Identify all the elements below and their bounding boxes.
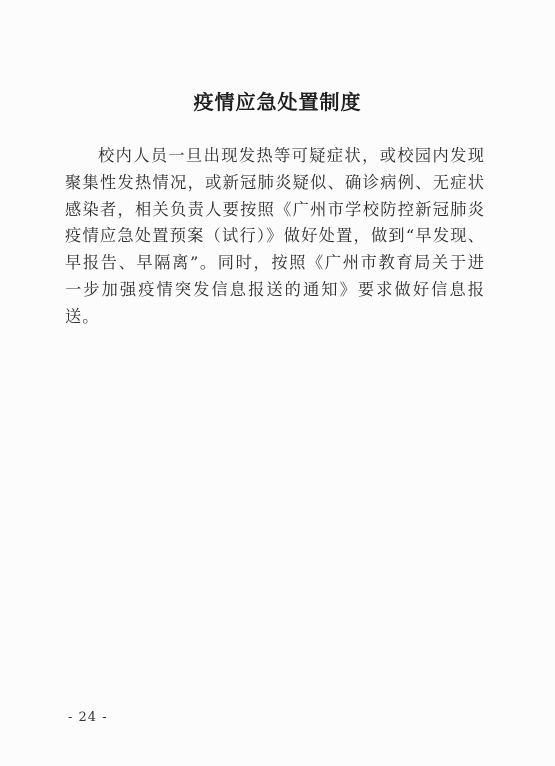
page-number: - 24 - [68, 710, 108, 725]
document-title: 疫情应急处置制度 [0, 86, 555, 115]
document-page: 疫情应急处置制度 校内人员一旦出现发热等可疑症状，或校园内发现聚集性发热情况，或… [0, 0, 555, 766]
body-paragraph: 校内人员一旦出现发热等可疑症状，或校园内发现聚集性发热情况，或新冠肺炎疑似、确诊… [65, 143, 485, 331]
